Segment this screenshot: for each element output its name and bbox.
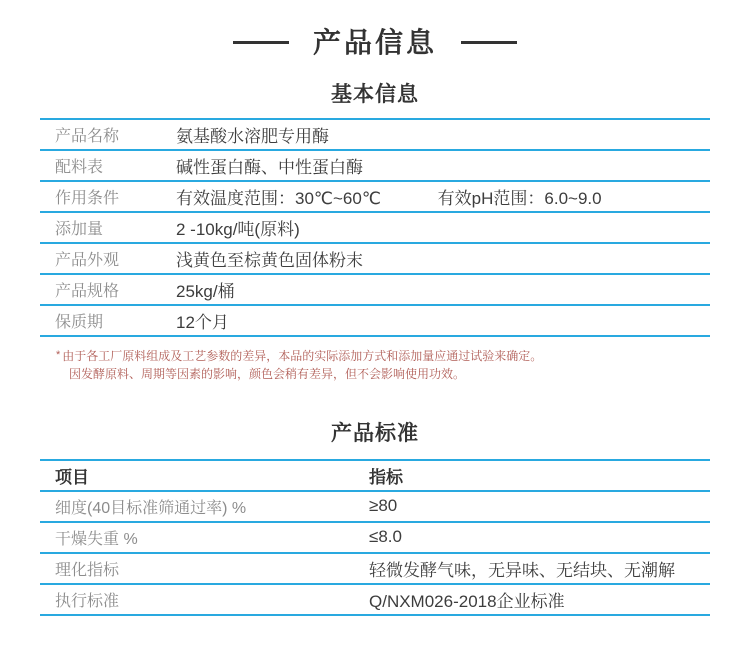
table-row: 执行标准 Q/NXM026-2018企业标准 (40, 584, 710, 615)
row-value: 25kg/桶 (175, 274, 710, 305)
temperature-range: 有效温度范围：30℃~60℃ (176, 189, 381, 208)
row-label: 产品名称 (40, 119, 175, 150)
table-row: 配料表 碱性蛋白酶、中性蛋白酶 (40, 150, 710, 181)
table-row: 细度(40目标准筛通过率) % ≥80 (40, 491, 710, 522)
product-standard-table: 项目 指标 细度(40目标准筛通过率) % ≥80 干燥失重 % ≤8.0 理化… (40, 459, 710, 616)
footnote: *由于各工厂原料组成及工艺参数的差异，本品的实际添加方式和添加量应通过试验来确定… (56, 346, 710, 383)
row-value: 12个月 (175, 305, 710, 336)
footnote-line-2: 因发酵原料、周期等因素的影响，颜色会稍有差异，但不会影响使用功效。 (56, 365, 710, 383)
product-standard-heading: 产品标准 (40, 417, 710, 447)
title-dash-right (461, 41, 517, 44)
table-row: 作用条件 有效温度范围：30℃~60℃ 有效pH范围：6.0~9.0 (40, 181, 710, 212)
footnote-marker: * (56, 349, 60, 361)
title-dash-left (233, 41, 289, 44)
page-title: 产品信息 (40, 0, 710, 60)
table-row: 干燥失重 % ≤8.0 (40, 522, 710, 553)
row-item: 细度(40目标准筛通过率) % (40, 491, 368, 522)
product-info-page: 产品信息 基本信息 产品名称 氨基酸水溶肥专用酶 配料表 碱性蛋白酶、中性蛋白酶… (0, 0, 750, 616)
ph-range: 有效pH范围：6.0~9.0 (438, 189, 602, 208)
footnote-text-1: 由于各工厂原料组成及工艺参数的差异，本品的实际添加方式和添加量应通过试验来确定。 (62, 349, 542, 363)
table-row: 保质期 12个月 (40, 305, 710, 336)
row-label: 配料表 (40, 150, 175, 181)
row-item: 执行标准 (40, 584, 368, 615)
page-title-text: 产品信息 (313, 26, 437, 60)
table-header-row: 项目 指标 (40, 460, 710, 491)
row-spec: ≤8.0 (368, 522, 710, 553)
table-row: 产品名称 氨基酸水溶肥专用酶 (40, 119, 710, 150)
table-row: 添加量 2 -10kg/吨(原料) (40, 212, 710, 243)
row-value: 2 -10kg/吨(原料) (175, 212, 710, 243)
basic-info-table: 产品名称 氨基酸水溶肥专用酶 配料表 碱性蛋白酶、中性蛋白酶 作用条件 有效温度… (40, 118, 710, 337)
row-label: 产品外观 (40, 243, 175, 274)
row-label: 作用条件 (40, 181, 175, 212)
footnote-line-1: *由于各工厂原料组成及工艺参数的差异，本品的实际添加方式和添加量应通过试验来确定… (56, 346, 710, 365)
row-item: 理化指标 (40, 553, 368, 584)
row-label: 保质期 (40, 305, 175, 336)
table-row: 产品外观 浅黄色至棕黄色固体粉末 (40, 243, 710, 274)
column-header-item: 项目 (40, 460, 368, 491)
row-item: 干燥失重 % (40, 522, 368, 553)
basic-info-heading: 基本信息 (40, 78, 710, 108)
row-label: 产品规格 (40, 274, 175, 305)
row-spec: Q/NXM026-2018企业标准 (368, 584, 710, 615)
row-spec: ≥80 (368, 491, 710, 522)
row-spec: 轻微发酵气味，无异味、无结块、无潮解 (368, 553, 710, 584)
table-row: 理化指标 轻微发酵气味，无异味、无结块、无潮解 (40, 553, 710, 584)
row-value: 有效温度范围：30℃~60℃ 有效pH范围：6.0~9.0 (175, 181, 710, 212)
table-row: 产品规格 25kg/桶 (40, 274, 710, 305)
row-label: 添加量 (40, 212, 175, 243)
row-value: 碱性蛋白酶、中性蛋白酶 (175, 150, 710, 181)
row-value: 氨基酸水溶肥专用酶 (175, 119, 710, 150)
row-value: 浅黄色至棕黄色固体粉末 (175, 243, 710, 274)
column-header-spec: 指标 (368, 460, 710, 491)
